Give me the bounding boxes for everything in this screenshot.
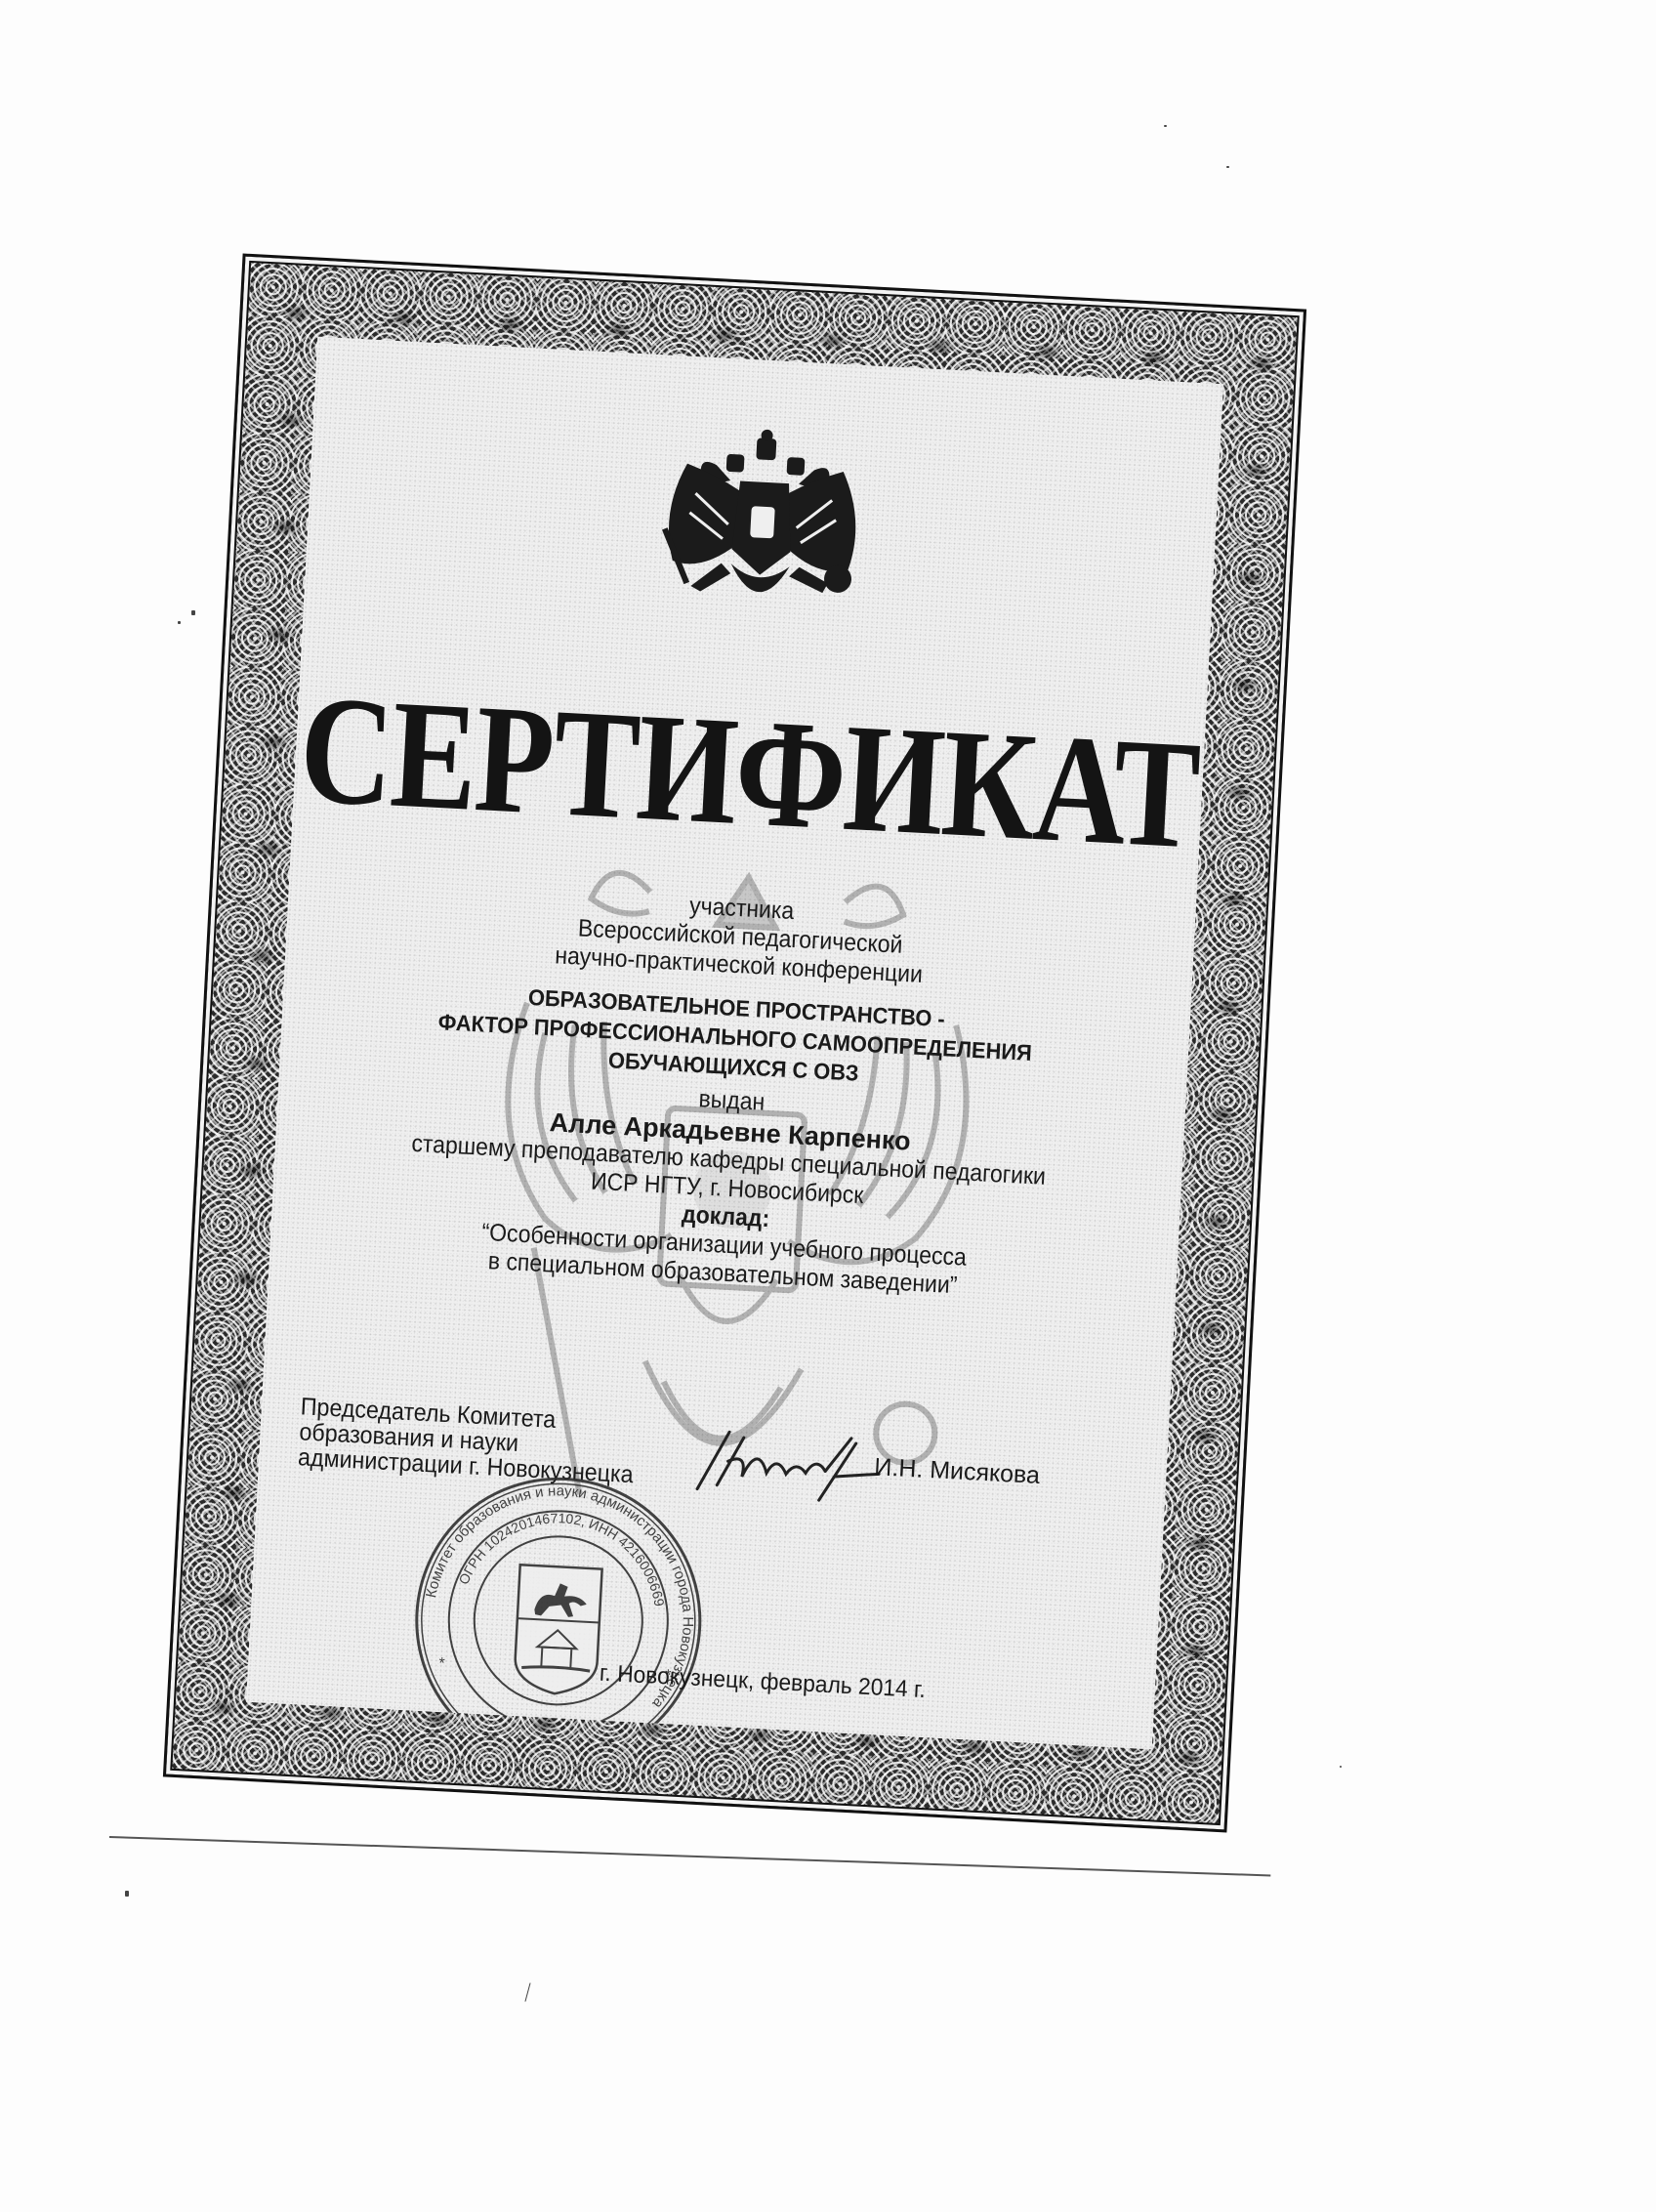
certificate-body: СЕРТИФИКАТ участника Всероссийской педаг… xyxy=(246,337,1223,1750)
scan-speck xyxy=(178,621,181,624)
certificate-text: участника Всероссийской педагогической н… xyxy=(269,871,1196,1312)
certificate-title: СЕРТИФИКАТ xyxy=(291,658,1206,885)
scanned-page: СЕРТИФИКАТ участника Всероссийской педаг… xyxy=(0,0,1656,2212)
official-seal-icon: Комитет образования и науки администраци… xyxy=(404,1467,712,1750)
scan-speck xyxy=(1226,166,1229,168)
scan-speck xyxy=(1340,1766,1342,1768)
scan-speck xyxy=(125,1891,129,1897)
coat-of-arms-novokuznetsk-icon xyxy=(514,1565,602,1695)
svg-text:*: * xyxy=(438,1655,445,1672)
scan-speck xyxy=(524,1982,530,2002)
scan-speck xyxy=(1164,125,1167,127)
scan-speck xyxy=(191,610,195,615)
certificate: СЕРТИФИКАТ участника Всероссийской педаг… xyxy=(166,257,1304,1830)
russian-eagle-emblem-icon xyxy=(650,423,875,619)
scan-edge-line xyxy=(109,1836,1270,1876)
handwritten-signature-icon xyxy=(687,1420,887,1508)
